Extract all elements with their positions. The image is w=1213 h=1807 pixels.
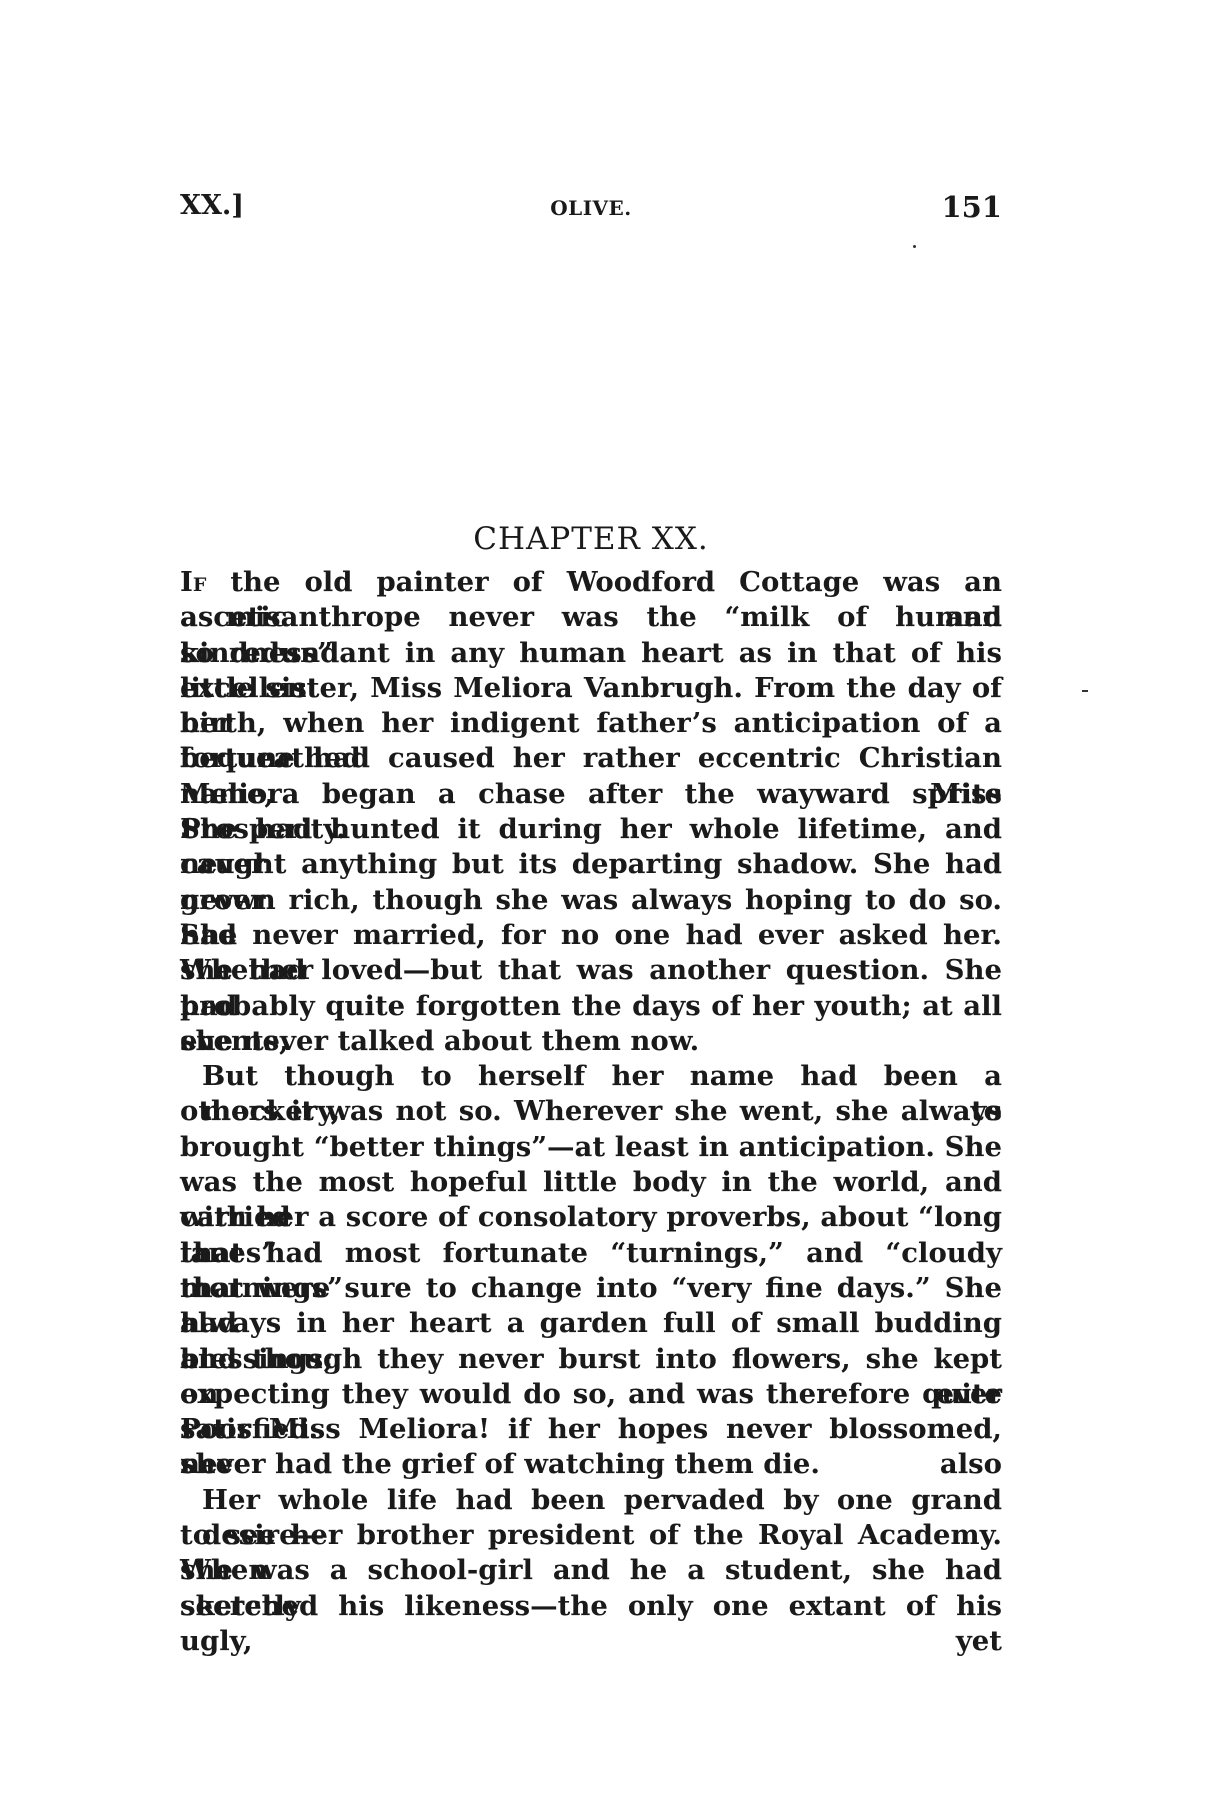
text-line: a misanthrope never was the “milk of hum… [180, 600, 1002, 635]
paragraph: But though to herself her name had been … [180, 1059, 1002, 1483]
text-line: Meliora began a chase after the wayward … [180, 777, 1002, 812]
chapter-title: CHAPTER XX. [180, 521, 1002, 557]
text-line: Her whole life had been pervaded by one … [180, 1483, 1002, 1518]
text-line: never had the grief of watching them die… [180, 1447, 1002, 1482]
text-line: was the most hopeful little body in the … [180, 1165, 1002, 1200]
text-line: Poor Miss Meliora! if her hopes never bl… [180, 1412, 1002, 1447]
line-text: she never talked about them now. [180, 1025, 699, 1057]
line-text: never had the grief of watching them die… [180, 1448, 820, 1480]
paragraph: If the old painter of Woodford Cottage w… [180, 565, 1002, 1059]
text-line: she was a school-girl and he a student, … [180, 1553, 1002, 1588]
text-line: she had loved—but that was another quest… [180, 953, 1002, 988]
text-line: She had hunted it during her whole lifet… [180, 812, 1002, 847]
text-line: so redundant in any human heart as in th… [180, 636, 1002, 671]
text-line: If the old painter of Woodford Cottage w… [180, 565, 1002, 600]
text-line: caught anything but its departing shadow… [180, 847, 1002, 882]
text-line: probably quite forgotten the days of her… [180, 989, 1002, 1024]
line-text: sketched his likeness—the only one extan… [180, 1590, 1002, 1657]
text-line: that were sure to change into “very fine… [180, 1271, 1002, 1306]
text-line: with her a score of consolatory proverbs… [180, 1200, 1002, 1235]
text-line: others it was not so. Wherever she went,… [180, 1094, 1002, 1129]
text-line: fortune had caused her rather eccentric … [180, 741, 1002, 776]
text-line: birth, when her indigent father’s antici… [180, 706, 1002, 741]
text-line: to see her brother president of the Roya… [180, 1518, 1002, 1553]
text-line: had never married, for no one had ever a… [180, 918, 1002, 953]
text-line: grown rich, though she was always hoping… [180, 883, 1002, 918]
scan-speck [1082, 690, 1088, 692]
text-line: sketched his likeness—the only one extan… [180, 1589, 1002, 1624]
text-line: brought “better things”—at least in anti… [180, 1130, 1002, 1165]
text-line: and though they never burst into flowers… [180, 1342, 1002, 1377]
text-line: little sister, Miss Meliora Vanbrugh. Fr… [180, 671, 1002, 706]
running-head-title: OLIVE. [180, 196, 1002, 220]
text-line: But though to herself her name had been … [180, 1059, 1002, 1094]
line-text: others it was not so. Wherever she went,… [180, 1095, 1002, 1127]
line-text: brought “better things”—at least in anti… [180, 1131, 1002, 1163]
text-line: always in her heart a garden full of sma… [180, 1306, 1002, 1341]
running-head: XX.] OLIVE. 151 [180, 190, 1002, 226]
text-line: expecting they would do so, and was ther… [180, 1377, 1002, 1412]
paragraph: Her whole life had been pervaded by one … [180, 1483, 1002, 1624]
chapter-body: If the old painter of Woodford Cottage w… [180, 565, 1002, 1624]
text-line: that had most fortunate “turnings,” and … [180, 1236, 1002, 1271]
scan-speck [913, 245, 916, 248]
opening-word: If [180, 566, 206, 598]
page-number: 151 [941, 190, 1002, 224]
text-line: she never talked about them now. [180, 1024, 1002, 1059]
